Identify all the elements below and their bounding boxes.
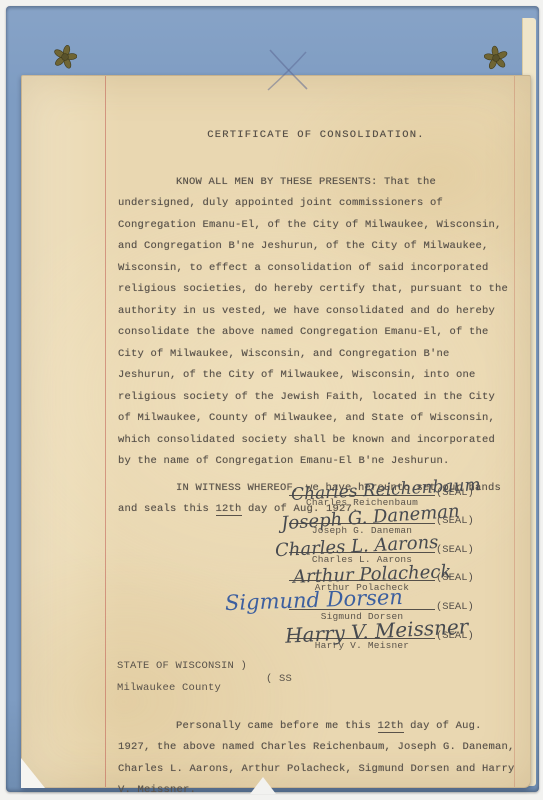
left-margin-rule bbox=[105, 76, 106, 787]
signature-row: Charles L. Aarons (SEAL) Charles L. Aaro… bbox=[277, 533, 529, 562]
typed-text-column: CERTIFICATE OF CONSOLIDATION. KNOW ALL M… bbox=[118, 76, 514, 521]
document-title: CERTIFICATE OF CONSOLIDATION. bbox=[118, 125, 514, 147]
notary-day-underlined: 12th bbox=[378, 720, 404, 733]
seal-label: (SEAL) bbox=[436, 601, 474, 613]
signature-block: Charles Reichenbaum (SEAL) Charles Reich… bbox=[277, 476, 529, 648]
opening-paragraph: KNOW ALL MEN BY THESE PRESENTS: That the… bbox=[118, 172, 514, 473]
notary-paragraph: Personally came before me this 12th day … bbox=[118, 716, 515, 800]
venue-county-line: Milwaukee County bbox=[117, 682, 221, 694]
bottom-edge-tear bbox=[250, 777, 276, 794]
brass-fastener-icon bbox=[53, 44, 77, 70]
signature-row: Arthur Polacheck (SEAL) Arthur Polacheck bbox=[277, 562, 529, 591]
signature-row: Charles Reichenbaum (SEAL) Charles Reich… bbox=[277, 476, 529, 505]
signature-row: Joseph G. Daneman (SEAL) Joseph G. Danem… bbox=[277, 505, 529, 534]
pencil-x-mark-icon bbox=[262, 46, 314, 94]
venue-state-line: STATE OF WISCONSIN ) bbox=[117, 660, 247, 672]
brass-fastener-icon bbox=[484, 45, 508, 71]
handwritten-signature: Harry V. Meissner bbox=[284, 614, 468, 648]
signature-row: Harry V. Meissner (SEAL) Harry V. Meisne… bbox=[277, 619, 529, 648]
venue-ss-line: ( SS bbox=[266, 673, 292, 685]
torn-corner-fold bbox=[21, 758, 45, 788]
signature-row: Sigmund Dorsen (SEAL) Sigmund Dorsen bbox=[277, 590, 529, 619]
seal-label: (SEAL) bbox=[436, 544, 474, 556]
opening-paragraph-text: KNOW ALL MEN BY THESE PRESENTS: That the… bbox=[118, 176, 508, 468]
witness-day-underlined: 12th bbox=[216, 503, 242, 516]
notary-prefix: Personally came before me this bbox=[176, 720, 378, 732]
certificate-document: CERTIFICATE OF CONSOLIDATION. KNOW ALL M… bbox=[21, 75, 531, 788]
right-margin-rule bbox=[514, 76, 515, 787]
